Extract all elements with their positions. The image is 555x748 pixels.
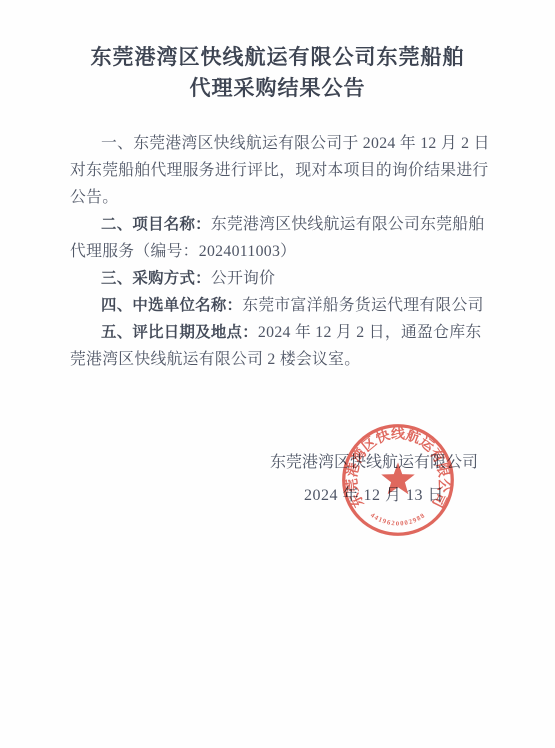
body-line: 公告。: [70, 184, 485, 211]
section-label: 四、中选单位名称：: [101, 297, 242, 314]
body-line: 三、采购方式：公开询价: [70, 265, 485, 292]
body-line: 代理服务（编号：2024011003）: [70, 238, 485, 265]
document-title: 东莞港湾区快线航运有限公司东莞船舶 代理采购结果公告: [70, 42, 485, 104]
body-line: 一、东莞港湾区快线航运有限公司于 2024 年 12 月 2 日: [70, 130, 485, 157]
document-body: 东莞港湾区快线航运有限公司东莞船舶 代理采购结果公告 一、东莞港湾区快线航运有限…: [0, 0, 555, 373]
line-text: 代理服务（编号：2024011003）: [70, 243, 296, 260]
body-line: 二、项目名称：东莞港湾区快线航运有限公司东莞船舶: [70, 211, 485, 238]
line-text: 东莞港湾区快线航运有限公司东莞船舶: [211, 216, 485, 233]
signature-block: 东莞港湾区快线航运有限公司 2024 年 12 月 13 日: [270, 451, 478, 508]
section-label: 二、项目名称：: [101, 216, 211, 233]
body-line: 五、评比日期及地点：2024 年 12 月 2 日，通盈仓库东: [70, 319, 485, 346]
line-text: 公开询价: [211, 270, 275, 287]
body-line: 对东莞船舶代理服务进行评比，现对本项目的询价结果进行: [70, 157, 485, 184]
line-text: 公告。: [70, 189, 118, 206]
line-text: 2024 年 12 月 2 日，通盈仓库东: [258, 324, 482, 341]
title-line-2: 代理采购结果公告: [70, 73, 485, 104]
line-text: 莞港湾区快线航运有限公司 2 楼会议室。: [70, 351, 360, 368]
announcement-text: 一、东莞港湾区快线航运有限公司于 2024 年 12 月 2 日 对东莞船舶代理…: [70, 130, 485, 373]
line-text: 一、东莞港湾区快线航运有限公司于 2024 年 12 月 2 日: [101, 135, 490, 152]
line-text: 对东莞船舶代理服务进行评比，现对本项目的询价结果进行: [70, 162, 489, 179]
body-line: 四、中选单位名称：东莞市富洋船务货运代理有限公司: [70, 292, 485, 319]
signature-date: 2024 年 12 月 13 日: [270, 484, 478, 508]
section-label: 五、评比日期及地点：: [101, 324, 258, 341]
document-page: 东莞港湾区快线航运有限公司东莞船舶 代理采购结果公告 一、东莞港湾区快线航运有限…: [0, 0, 555, 748]
line-text: 东莞市富洋船务货运代理有限公司: [242, 297, 483, 314]
seal-number-text: 4419620002988: [369, 512, 427, 528]
title-line-1: 东莞港湾区快线航运有限公司东莞船舶: [70, 42, 485, 73]
signature-company: 东莞港湾区快线航运有限公司: [270, 451, 478, 475]
section-label: 三、采购方式：: [101, 270, 211, 287]
body-line: 莞港湾区快线航运有限公司 2 楼会议室。: [70, 346, 485, 373]
